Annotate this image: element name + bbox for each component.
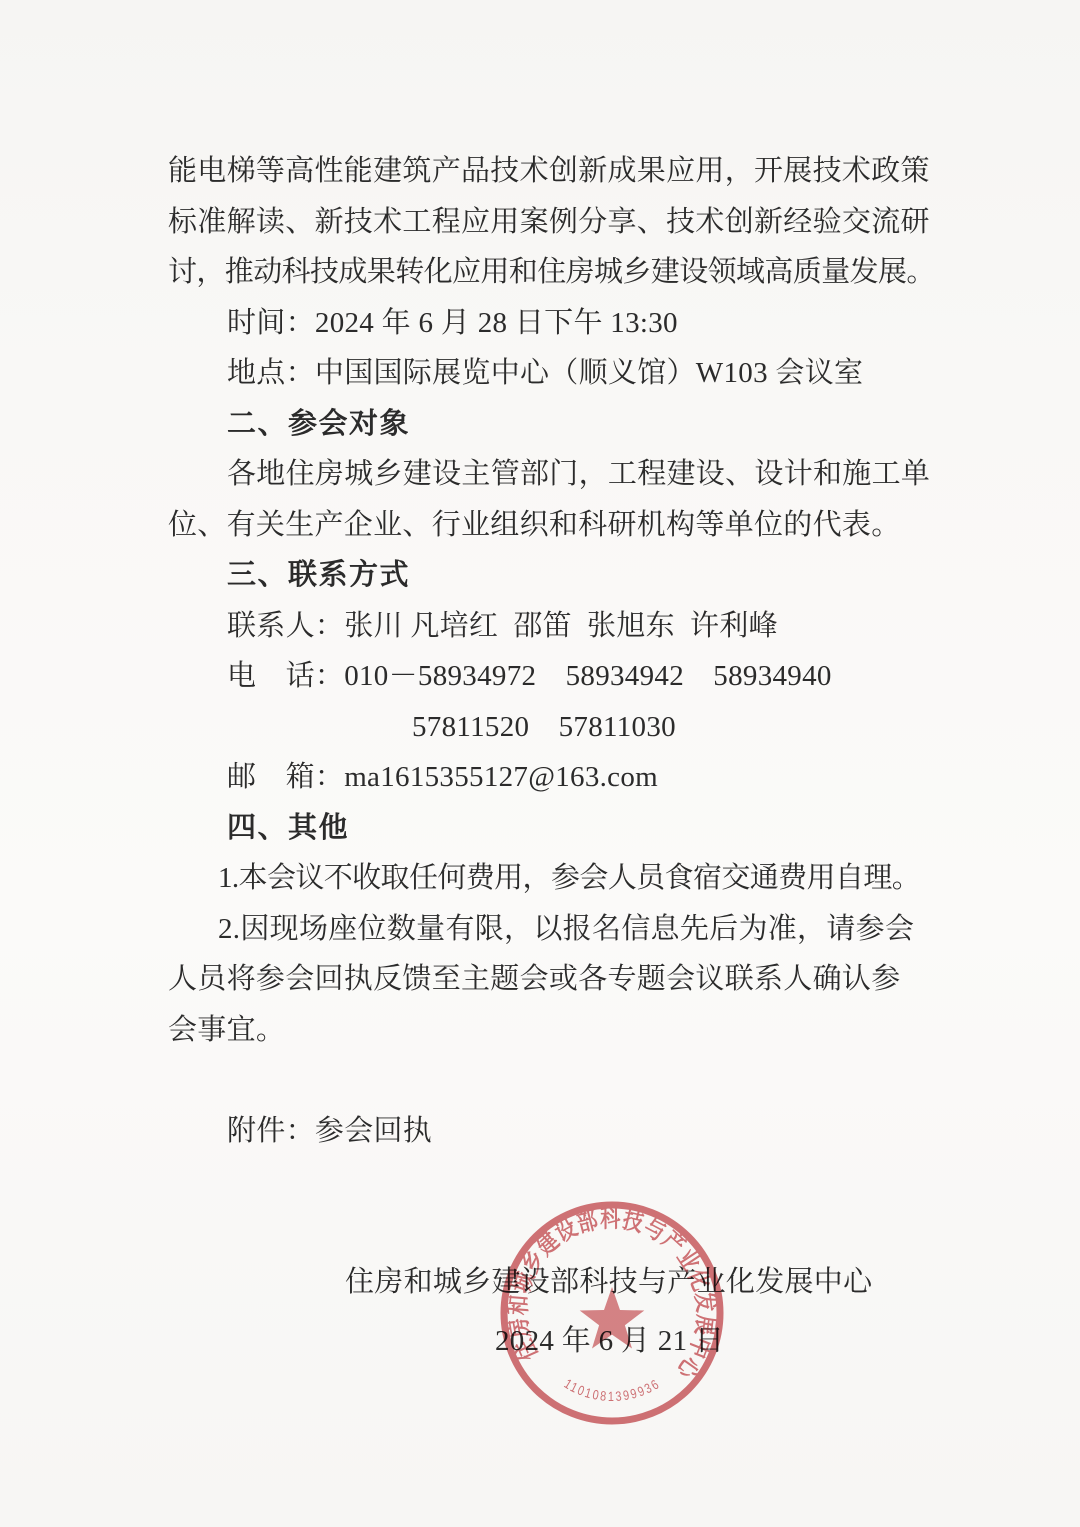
document-body: 能电梯等高性能建筑产品技术创新成果应用，开展技术政策 标准解读、新技术工程应用案… (168, 146, 958, 1366)
section-heading-other: 四、其他 (168, 803, 958, 854)
attachment-line: 附件：参会回执 (168, 1106, 958, 1157)
note-line-1: 1.本会议不收取任何费用，参会人员食宿交通费用自理。 (168, 853, 958, 904)
body-line: 讨，推动科技成果转化应用和住房城乡建设领域高质量发展。 (168, 247, 958, 298)
body-line: 能电梯等高性能建筑产品技术创新成果应用，开展技术政策 (168, 146, 958, 197)
note-line-2-end: 会事宜。 (168, 1005, 958, 1056)
body-line: 标准解读、新技术工程应用案例分享、技术创新经验交流研 (168, 197, 958, 248)
email-line: 邮 箱：ma1615355127@163.com (168, 752, 958, 803)
seal-registration-number: 1101081399936 (561, 1376, 662, 1404)
note-line-2: 2.因现场座位数量有限，以报名信息先后为准，请参会 (168, 904, 958, 955)
body-line: 位、有关生产企业、行业组织和科研机构等单位的代表。 (168, 500, 958, 551)
body-line: 各地住房城乡建设主管部门，工程建设、设计和施工单 (168, 449, 958, 500)
section-heading-participants: 二、参会对象 (168, 399, 958, 450)
meeting-time-line: 时间：2024 年 6 月 28 日下午 13:30 (168, 298, 958, 349)
document-page: 能电梯等高性能建筑产品技术创新成果应用，开展技术政策 标准解读、新技术工程应用案… (0, 0, 1080, 1527)
note-line-2-cont: 人员将参会回执反馈至主题会或各专题会议联系人确认参 (168, 954, 958, 1005)
meeting-location-line: 地点：中国国际展览中心（顺义馆）W103 会议室 (168, 348, 958, 399)
contact-persons-line: 联系人：张川 凡培红 邵笛 张旭东 许利峰 (168, 601, 958, 652)
phone-line-2: 57811520 57811030 (168, 702, 958, 753)
official-seal: 住房和城乡建设部科技与产业化发展中心 1101081399936 (492, 1193, 732, 1433)
section-heading-contact: 三、联系方式 (168, 550, 958, 601)
phone-line-1: 电 话：010－58934972 58934942 58934940 (168, 651, 958, 702)
seal-star-icon (580, 1287, 645, 1349)
